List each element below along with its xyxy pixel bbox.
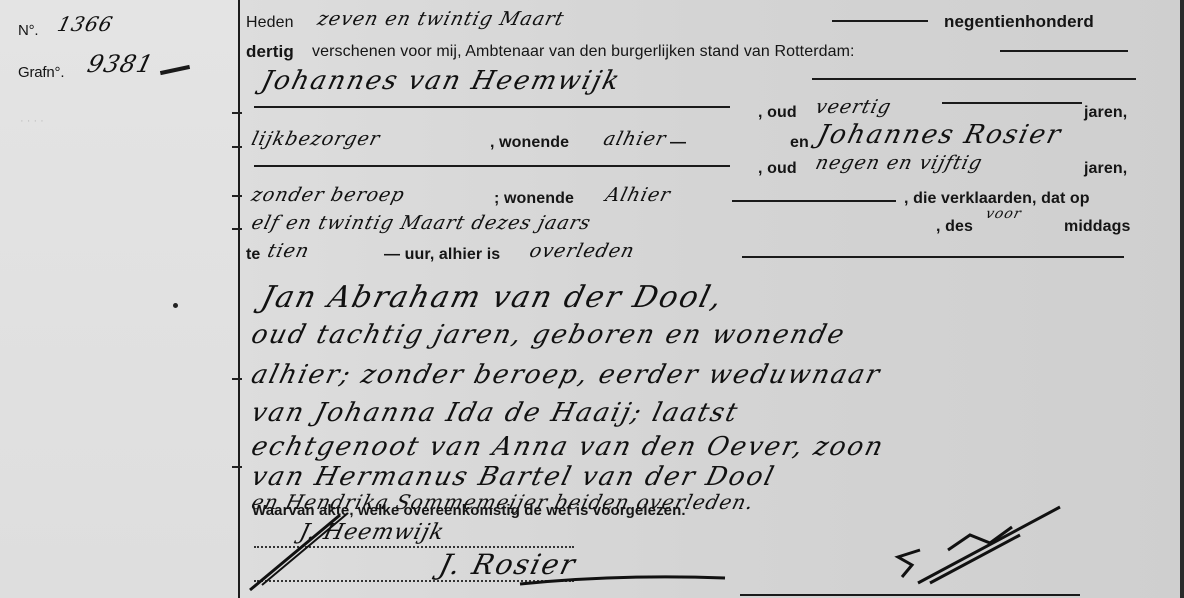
fill-line — [742, 256, 1124, 258]
number-label: N°. — [18, 22, 38, 39]
deceased-line-5: echtgenoot van Anna van den Oever, zoon — [248, 432, 888, 462]
fill-line — [1000, 50, 1128, 52]
wonende-label-2: ; wonende — [494, 190, 574, 208]
uur-label: — uur, alhier is — [384, 246, 500, 264]
registration-date-handwritten: zeven en twintig Maart — [315, 8, 566, 30]
jaren-label-2: jaren, — [1084, 160, 1127, 178]
witness2-age-handwritten: negen en vijftig — [813, 152, 985, 174]
deceased-line-3: alhier; zonder beroep, eerder weduwnaar — [248, 360, 884, 390]
fill-line — [254, 165, 730, 167]
heden-label: Heden — [246, 14, 294, 32]
number-value-handwritten: 1366 — [55, 12, 116, 36]
event-handwritten: overleden — [527, 240, 637, 262]
deceased-line-6: van Hermanus Bartel van der Dool — [248, 462, 778, 492]
margin-column: N°. 1366 Grafn°. 9381 · · · · — [0, 0, 240, 598]
fill-line — [812, 78, 1136, 80]
official-paraph-icon — [890, 505, 1070, 595]
middags-label: middags — [1064, 218, 1131, 236]
wonende-label-1: , wonende — [490, 134, 569, 152]
ink-dot — [173, 303, 178, 308]
fill-line — [254, 106, 730, 108]
oud-label-2: , oud — [758, 160, 797, 178]
witness2-residence-handwritten: Alhier — [603, 184, 673, 206]
death-date-handwritten: elf en twintig Maart dezes jaars — [249, 212, 593, 234]
year-label: negentienhonderd — [944, 12, 1094, 32]
deceased-line-1: Jan Abraham van der Dool, — [258, 280, 728, 315]
en-label: en — [790, 134, 809, 152]
signature-stroke-icon — [240, 505, 360, 595]
bottom-rule — [740, 594, 1080, 596]
witness1-name-handwritten: Johannes van Heemwijk — [258, 66, 624, 96]
bleedthrough-text: · · · · — [20, 115, 44, 127]
witness2-occupation-handwritten: zonder beroep — [249, 184, 407, 206]
page-edge — [1180, 0, 1184, 598]
scanned-record-page: N°. 1366 Grafn°. 9381 · · · · Heden zeve… — [0, 0, 1184, 598]
oud-label-1: , oud — [758, 104, 797, 122]
witness1-occupation-handwritten: lijkbezorger — [249, 128, 382, 150]
witness1-age-handwritten: veertig — [813, 96, 894, 118]
grave-value-handwritten: 9381 — [85, 50, 157, 78]
deceased-line-2: oud tachtig jaren, geboren en wonende — [248, 320, 849, 350]
fill-line — [732, 200, 896, 202]
fill-line — [942, 102, 1082, 104]
margin-tick — [232, 112, 242, 114]
fill-line — [832, 20, 928, 22]
margin-tick — [232, 378, 242, 380]
dertig-label: dertig — [246, 42, 294, 62]
witness1-residence-handwritten: alhier — [601, 128, 669, 150]
death-hour-handwritten: tien — [265, 240, 312, 262]
witness2-name-handwritten: Johannes Rosier — [814, 120, 1065, 150]
grave-label: Grafn°. — [18, 64, 64, 81]
margin-tick — [232, 228, 242, 230]
jaren-label-1: jaren, — [1084, 104, 1127, 122]
margin-tick — [232, 146, 242, 148]
appearance-text: verschenen voor mij, Ambtenaar van den b… — [312, 43, 855, 61]
signature-underline-icon — [510, 570, 730, 590]
des-label: , des — [936, 218, 973, 236]
dash-label: — — [670, 134, 686, 152]
deceased-line-4: van Johanna Ida de Haaij; laatst — [248, 398, 742, 428]
margin-tick — [232, 466, 242, 468]
te-label: te — [246, 246, 260, 264]
daypart-handwritten: voor — [984, 206, 1023, 222]
margin-tick — [232, 195, 242, 197]
grave-dash-stroke — [160, 65, 190, 75]
